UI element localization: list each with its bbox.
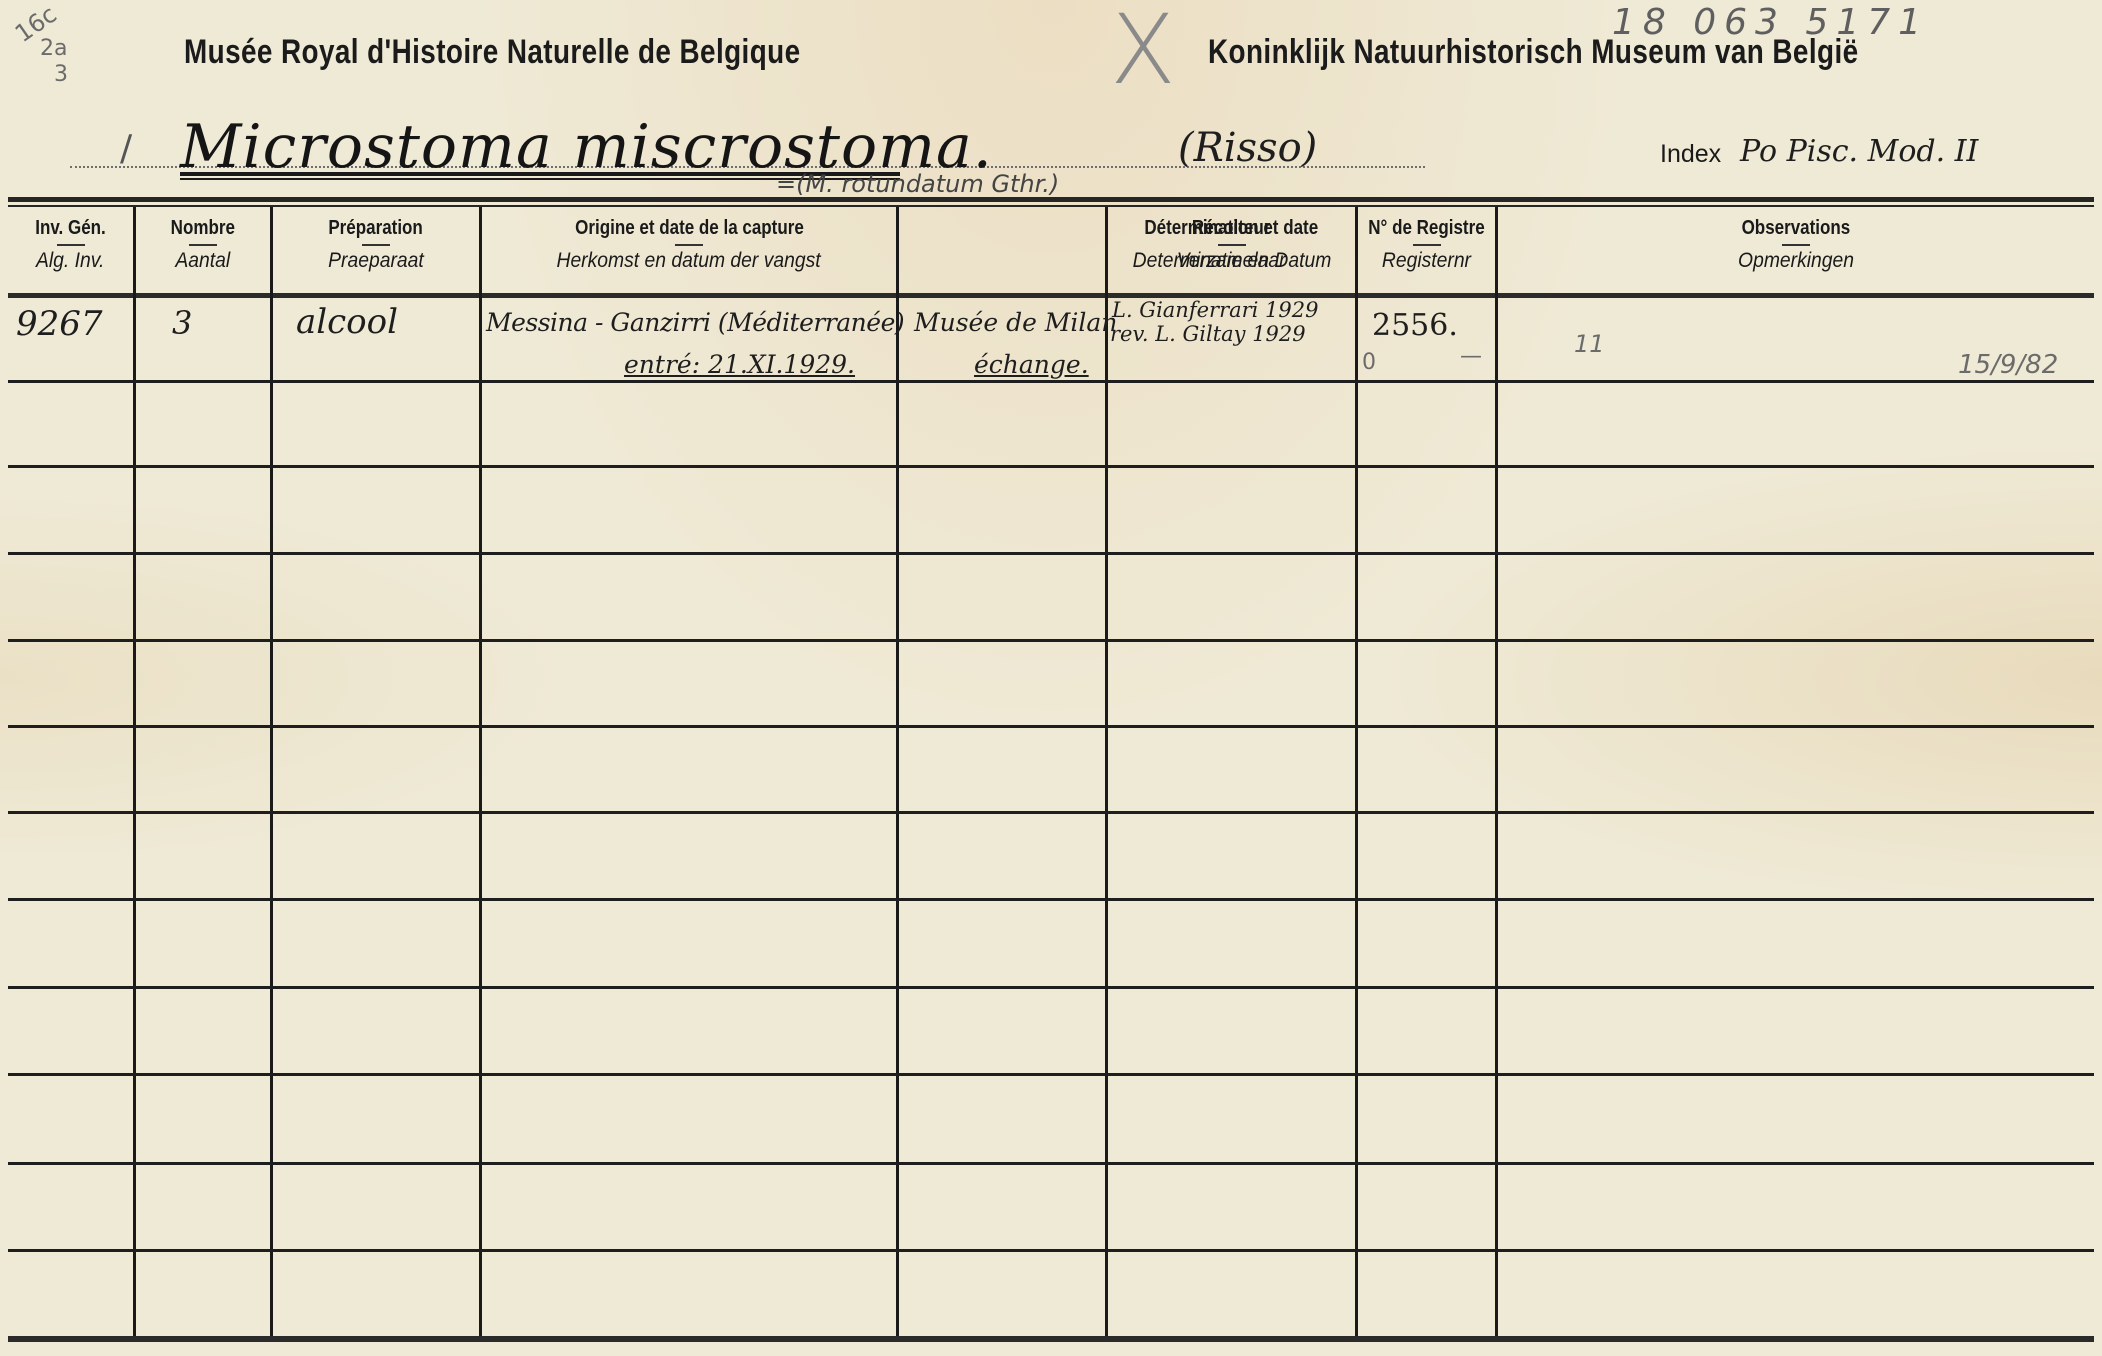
row-rule [8, 465, 2094, 468]
cell-observations-mark: 11 [1574, 330, 1605, 358]
column-divider [270, 207, 273, 1338]
cell-observations-date: 15/9/82 [1958, 350, 2058, 380]
header-registre: N° de Registre Registernr [1358, 218, 1495, 271]
header-divider-dash [189, 244, 217, 246]
species-prefix-mark: / [120, 128, 132, 169]
header-divider-dash [1218, 244, 1246, 246]
row-rule [8, 986, 2094, 989]
cell-registre: 2556. [1372, 308, 1458, 343]
header-observations-fr: Observations [1742, 218, 1851, 238]
cell-inv-number: 9267 [16, 304, 103, 344]
header-nombre-nl: Aantal [176, 250, 231, 271]
header-determination-fr: Détermination et date [1145, 218, 1319, 238]
cell-recolteur-line1: Musée de Milan [914, 308, 1117, 337]
pencil-cross-mark: X [1110, 0, 1176, 106]
index-value: Po Pisc. Mod. II [1740, 134, 1978, 169]
header-preparation-fr: Préparation [329, 218, 423, 238]
pencil-note-top-left-2: 2a [40, 36, 67, 61]
header-registre-nl: Registernr [1382, 250, 1471, 271]
row-rule [8, 898, 2094, 901]
row-rule [8, 380, 2094, 383]
header-inv-fr: Inv. Gén. [35, 218, 106, 238]
header-inv: Inv. Gén. Alg. Inv. [8, 218, 133, 271]
header-preparation: Préparation Praeparaat [273, 218, 479, 271]
header-bottom-rule [8, 293, 2094, 298]
header-origine-fr: Origine et date de la capture [575, 218, 804, 238]
row-rule [8, 811, 2094, 814]
museum-title-fr: Musée Royal d'Histoire Naturelle de Belg… [184, 33, 800, 72]
header-divider-dash [362, 244, 390, 246]
row-rule [8, 1249, 2094, 1252]
header-nombre-fr: Nombre [171, 218, 235, 238]
column-divider [896, 207, 899, 1338]
row-rule [8, 639, 2094, 642]
header-inv-nl: Alg. Inv. [36, 250, 104, 271]
cell-registre-pencil-mark: 0 [1362, 350, 1376, 375]
museum-title-nl: Koninklijk Natuurhistorisch Museum van B… [1208, 33, 1859, 72]
row-rule [8, 1162, 2094, 1165]
cell-determination-line2: rev. L. Giltay 1929 [1110, 322, 1306, 346]
cell-determination-line1: L. Gianferrari 1929 [1112, 298, 1319, 322]
header-determination-col: Détermination et date Determinatie en Da… [1108, 218, 1355, 271]
column-divider [1495, 207, 1498, 1338]
header-divider-dash [1782, 244, 1810, 246]
row-rule [8, 552, 2094, 555]
row-rule [8, 725, 2094, 728]
row-rule [8, 1073, 2094, 1076]
column-divider [1105, 207, 1108, 1338]
species-author: (Risso) [1178, 125, 1317, 171]
column-divider [1355, 207, 1358, 1338]
synonym-note: =(M. rotundatum Gthr.) [776, 170, 1059, 198]
header-preparation-nl: Praeparaat [328, 250, 424, 271]
pencil-note-top-left-3: 3 [54, 62, 68, 87]
cell-recolteur-line2: échange. [974, 350, 1089, 379]
cell-origine-line1: Messina - Ganzirri (Méditerranée) [486, 308, 904, 337]
header-origine: Origine et date de la capture Herkomst e… [482, 218, 896, 271]
header-origine-nl: Herkomst en datum der vangst [557, 250, 821, 271]
cell-registre-dash: — [1460, 344, 1482, 369]
index-label: Index [1660, 140, 1721, 169]
header-registre-fr: N° de Registre [1368, 218, 1484, 238]
header-determination-nl: Determinatie en Datum [1132, 250, 1331, 271]
header-observations-nl: Opmerkingen [1738, 250, 1854, 271]
header-divider-dash [675, 244, 703, 246]
column-divider [479, 207, 482, 1338]
cell-nombre: 3 [172, 304, 192, 342]
header-divider-dash [1413, 244, 1441, 246]
cell-preparation: alcool [296, 302, 398, 342]
column-divider [133, 207, 136, 1338]
header-divider-dash [57, 244, 85, 246]
header-observations: Observations Opmerkingen [1498, 218, 2094, 271]
header-nombre: Nombre Aantal [136, 218, 270, 271]
cell-origine-line2: entré: 21.XI.1929. [624, 350, 855, 379]
table-bottom-rule [8, 1336, 2094, 1342]
header-top-rule [8, 197, 2094, 207]
